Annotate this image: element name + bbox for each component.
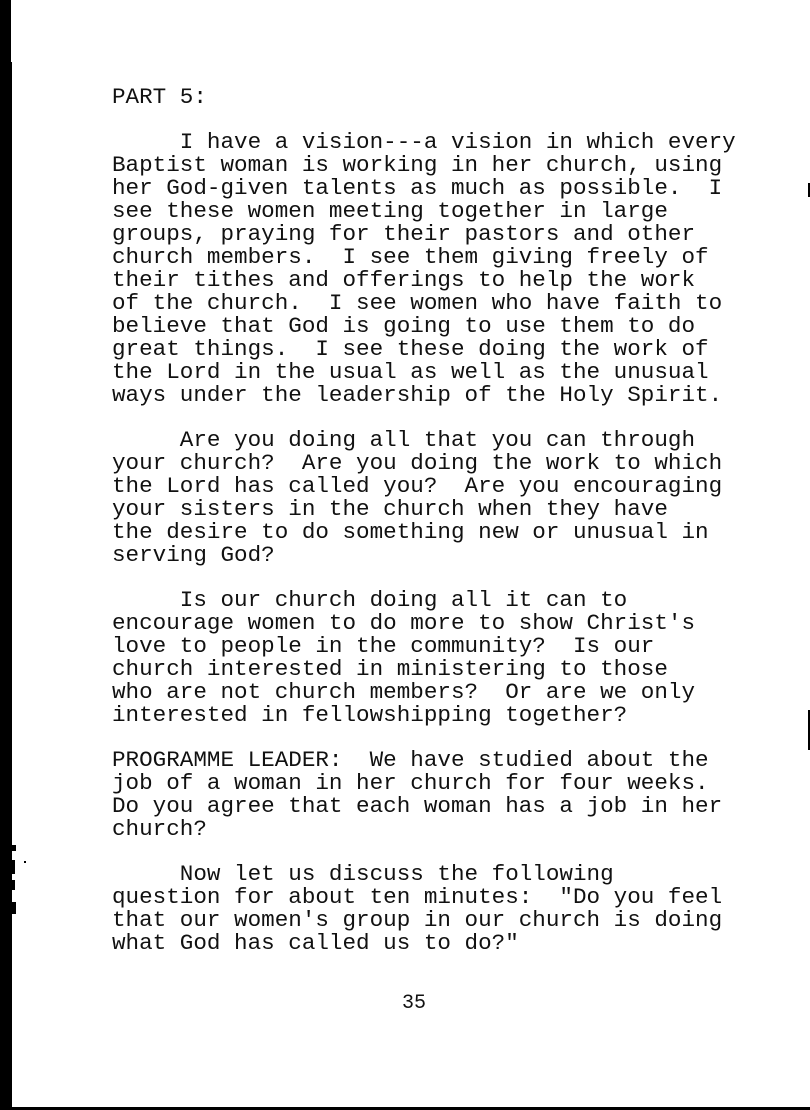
page-number: 35 <box>0 993 810 1015</box>
document-page: PART 5: I have a vision---a vision in wh… <box>112 86 772 955</box>
text-line: ways under the leadership of the Holy Sp… <box>112 384 772 407</box>
text-line: I have a vision---a vision in which ever… <box>112 131 772 154</box>
text-line: Baptist woman is working in her church, … <box>112 154 772 177</box>
text-line: church members. I see them giving freely… <box>112 246 772 269</box>
text-line: your sisters in the church when they hav… <box>112 498 772 521</box>
church-paragraph: Is our church doing all it can to encour… <box>112 589 772 727</box>
text-line: that our women's group in our church is … <box>112 909 772 932</box>
text-line: Are you doing all that you can through <box>112 429 772 452</box>
text-line: love to people in the community? Is our <box>112 635 772 658</box>
text-line: their tithes and offerings to help the w… <box>112 269 772 292</box>
scan-speckle <box>24 861 26 863</box>
section-heading: PART 5: <box>112 86 772 109</box>
text-line: her God-given talents as much as possibl… <box>112 177 772 200</box>
text-line: what God has called us to do?" <box>112 932 772 955</box>
text-line: interested in fellowshipping together? <box>112 704 772 727</box>
text-line: the Lord has called you? Are you encoura… <box>112 475 772 498</box>
text-line: PROGRAMME LEADER: We have studied about … <box>112 749 772 772</box>
scan-speckle <box>12 880 15 890</box>
text-line: see these women meeting together in larg… <box>112 200 772 223</box>
text-line: of the church. I see women who have fait… <box>112 292 772 315</box>
scan-speckle <box>12 902 16 914</box>
text-line: your church? Are you doing the work to w… <box>112 452 772 475</box>
scan-speckle <box>12 845 16 851</box>
text-line: great things. I see these doing the work… <box>112 338 772 361</box>
text-line: groups, praying for their pastors and ot… <box>112 223 772 246</box>
text-line: question for about ten minutes: "Do you … <box>112 886 772 909</box>
text-line: Is our church doing all it can to <box>112 589 772 612</box>
text-line: church interested in ministering to thos… <box>112 658 772 681</box>
text-line: who are not church members? Or are we on… <box>112 681 772 704</box>
text-line: Now let us discuss the following <box>112 863 772 886</box>
text-line: job of a woman in her church for four we… <box>112 772 772 795</box>
text-line: the Lord in the usual as well as the unu… <box>112 361 772 384</box>
text-line: church? <box>112 818 772 841</box>
programme-leader-paragraph: PROGRAMME LEADER: We have studied about … <box>112 749 772 841</box>
text-line: Do you agree that each woman has a job i… <box>112 795 772 818</box>
scan-border-left-lower <box>0 62 12 1110</box>
scan-speckle <box>12 860 15 874</box>
text-line: encourage women to do more to show Chris… <box>112 612 772 635</box>
questions-paragraph: Are you doing all that you can through y… <box>112 429 772 567</box>
text-line: the desire to do something new or unusua… <box>112 521 772 544</box>
vision-paragraph: I have a vision---a vision in which ever… <box>112 131 772 407</box>
discussion-paragraph: Now let us discuss the following questio… <box>112 863 772 955</box>
text-line: believe that God is going to use them to… <box>112 315 772 338</box>
text-line: serving God? <box>112 544 772 567</box>
